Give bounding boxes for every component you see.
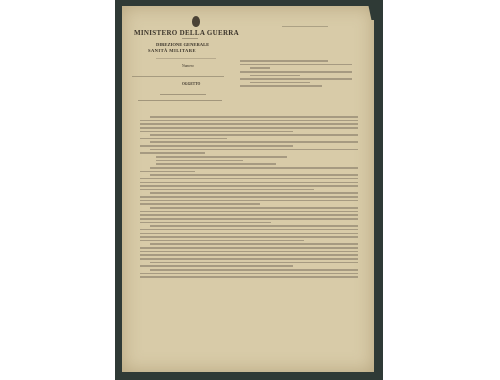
subject-line-1: [160, 94, 206, 95]
document-page: MINISTERO DELLA GUERRA DIREZIONE GENERAL…: [122, 6, 374, 372]
division-line-1: DIREZIONE GENERALE: [156, 42, 209, 47]
subject-line-2: [138, 100, 222, 101]
number-label: Numero: [182, 64, 194, 68]
body-text: [140, 116, 358, 280]
letterhead-title: MINISTERO DELLA GUERRA: [134, 29, 239, 37]
date-line: [282, 26, 328, 27]
office-line: [156, 58, 216, 59]
distribution-list: [240, 60, 360, 89]
royal-crest-icon: [192, 16, 200, 27]
subject-label: OGGETTO: [182, 82, 200, 86]
divider: [182, 38, 198, 39]
protocol-handwritten: [132, 76, 224, 77]
division-line-2: SANITÀ MILITARE: [148, 48, 196, 53]
